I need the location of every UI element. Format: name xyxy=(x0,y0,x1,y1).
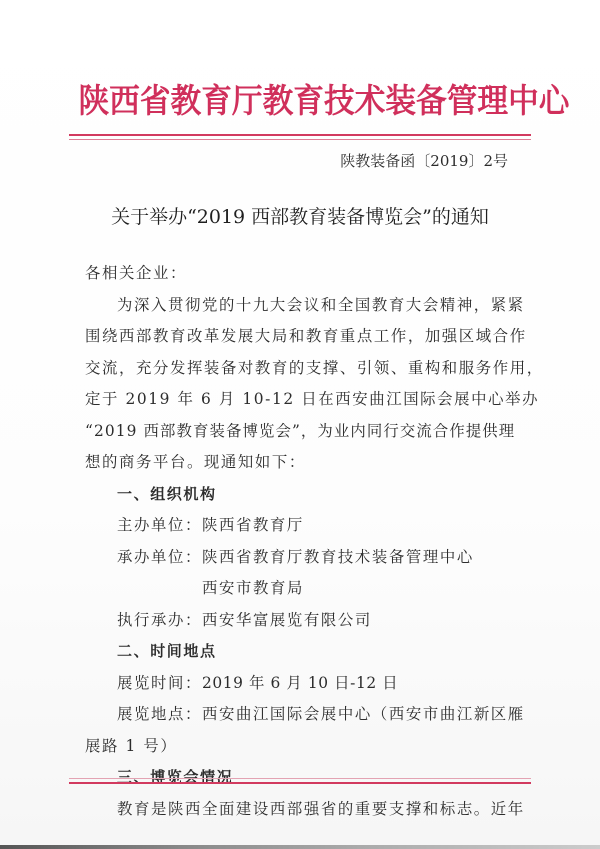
co-organizer-label: 承办单位： xyxy=(117,548,202,566)
letterhead-rule-thick xyxy=(69,134,531,136)
intro-line: “2019 西部教育装备博览会”，为业内同行交流合作提供理 xyxy=(85,416,517,448)
organizer-row: 主办单位：陕西省教育厅 xyxy=(85,510,517,542)
exhibition-place-wrap: 展路 1 号） xyxy=(85,731,517,763)
co-organizer-value: 陕西省教育厅教育技术装备管理中心 xyxy=(202,548,474,566)
exhibition-time-row: 展览时间：2019 年 6 月 10 日-12 日 xyxy=(85,668,517,700)
document-page: 陕西省教育厅教育技术装备管理中心 陕教装备函〔2019〕2号 关于举办“2019… xyxy=(0,0,600,849)
expo-overview-paragraph: 教育是陕西全面建设西部强省的重要支撑和标志。近年 xyxy=(85,794,517,826)
footer-rule-thick xyxy=(69,782,531,784)
exhibition-place-label: 展览地点： xyxy=(117,705,202,723)
executor-label: 执行承办： xyxy=(117,611,202,629)
executor-row: 执行承办：西安华富展览有限公司 xyxy=(85,605,517,637)
intro-line: 为深入贯彻党的十九大会议和全国教育大会精神，紧紧 xyxy=(85,290,517,322)
intro-line: 围绕西部教育改革发展大局和教育重点工作，加强区域合作 xyxy=(85,321,517,353)
section-heading-time-place: 二、时间地点 xyxy=(85,636,517,668)
section-heading-organization: 一、组织机构 xyxy=(85,479,517,511)
exhibition-place-row: 展览地点：西安曲江国际会展中心（西安市曲江新区雁 xyxy=(85,699,517,731)
co-organizer-row: 承办单位：陕西省教育厅教育技术装备管理中心 xyxy=(85,542,517,574)
document-body: 各相关企业： 为深入贯彻党的十九大会议和全国教育大会精神，紧紧 围绕西部教育改革… xyxy=(85,258,517,825)
footer-rule-thin xyxy=(69,778,531,779)
reference-number: 陕教装备函〔2019〕2号 xyxy=(340,150,508,171)
co-organizer-continuation: 西安市教育局 xyxy=(85,573,517,605)
organizer-value: 陕西省教育厅 xyxy=(202,516,304,534)
organizer-label: 主办单位： xyxy=(117,516,202,534)
document-title: 关于举办“2019 西部教育装备博览会”的通知 xyxy=(0,202,600,229)
executor-value: 西安华富展览有限公司 xyxy=(202,611,372,629)
intro-line: 交流，充分发挥装备对教育的支撑、引领、重构和服务作用， xyxy=(85,353,517,385)
exhibition-time-value: 2019 年 6 月 10 日-12 日 xyxy=(202,674,398,692)
letterhead-organization: 陕西省教育厅教育技术装备管理中心 xyxy=(78,76,515,126)
intro-line: 想的商务平台。现通知如下： xyxy=(85,447,517,479)
exhibition-time-label: 展览时间： xyxy=(117,674,202,692)
exhibition-place-value: 西安曲江国际会展中心（西安市曲江新区雁 xyxy=(202,705,525,723)
salutation: 各相关企业： xyxy=(85,258,517,290)
intro-line: 定于 2019 年 6 月 10-12 日在西安曲江国际会展中心举办 xyxy=(85,384,517,416)
scan-edge xyxy=(0,845,600,849)
letterhead-rule-thin xyxy=(69,139,531,140)
